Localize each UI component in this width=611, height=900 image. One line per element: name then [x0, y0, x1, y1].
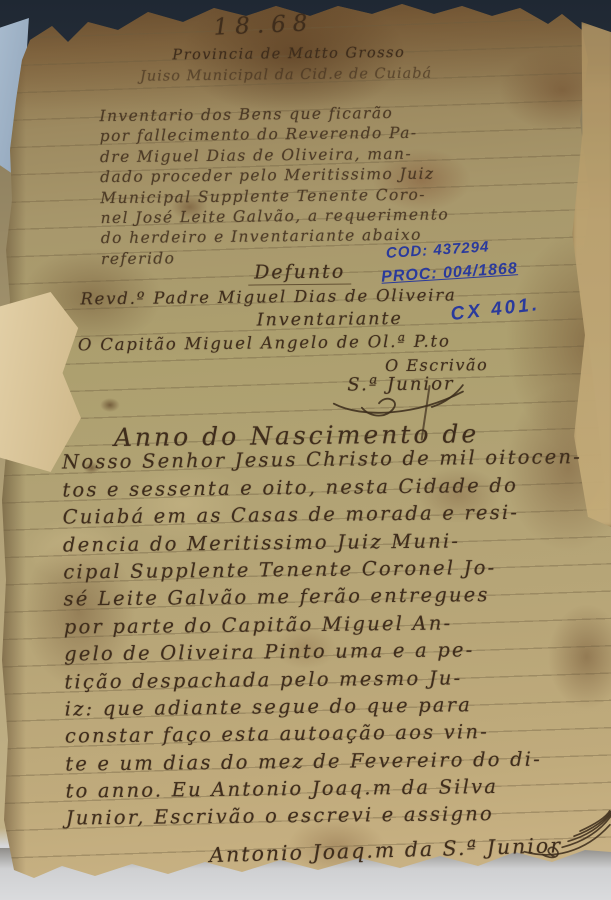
escrivao-heading: O Escrivão — [385, 355, 488, 375]
closing-signature: Antonio Joaq.m da S.ª Junior — [209, 833, 562, 867]
paragraph-line: Junior, Escrivão o escrevi e assigno — [66, 802, 586, 835]
defunto-name: Revd.º Padre Miguel Dias de Oliveira — [80, 285, 456, 308]
year-header: 18.68 — [213, 10, 315, 41]
inventariante-heading: Inventariante — [257, 309, 403, 331]
court-line: Juiso Municipal da Cid.e de Cuiabá — [116, 65, 456, 85]
cx-annotation: CX 401. — [450, 294, 542, 326]
signature-flourish-icon — [522, 807, 611, 863]
handwriting-layer: 18.68 Provincia de Matto Grosso Juiso Mu… — [0, 0, 611, 900]
inventariante-name: O Capitão Miguel Angelo de Ol.ª P.to — [78, 331, 451, 354]
manuscript-photo: 18.68 Provincia de Matto Grosso Juiso Mu… — [0, 0, 611, 900]
province-line: Provincia de Matto Grosso — [124, 44, 454, 63]
defunto-heading: Defunto — [248, 261, 351, 286]
body-paragraph: Anno do Nascimento deNosso Senhor Jesus … — [62, 418, 586, 834]
